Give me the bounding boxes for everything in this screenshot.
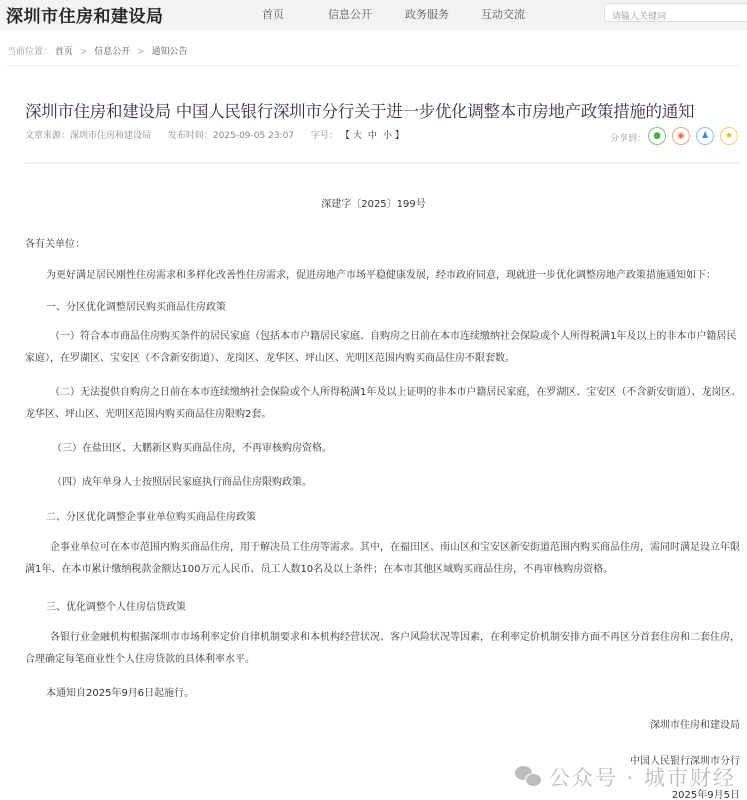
wechat-share-icon[interactable]: ● — [648, 127, 666, 145]
publish-time: 2025-09-05 23:07 — [213, 131, 294, 141]
document-number: 深建字〔2025〕199号 — [0, 195, 747, 210]
title-divider — [25, 162, 740, 164]
salutation: 各有关单位： — [25, 235, 85, 250]
share-label: 分享到： — [610, 131, 646, 144]
watermark-text: 公众号 · 城市财经 — [549, 762, 736, 792]
font-size-large[interactable]: 大 — [353, 131, 362, 141]
font-size-label: 字号： — [311, 131, 338, 141]
section2-body: 企事业单位可在本市范围内购买商品住房，用于解决员工住房等需求。其中，在福田区、南… — [25, 537, 743, 581]
search-box — [604, 3, 747, 22]
section1-item3: （三）在盐田区、大鹏新区购买商品住房，不再审核购房资格。 — [52, 439, 332, 454]
source-value: 深圳市住房和建设局 — [70, 131, 151, 141]
breadcrumb-divider — [7, 65, 740, 66]
section2-heading: 二、分区优化调整企事业单位购买商品住房政策 — [46, 508, 256, 523]
section1-item1: （一）符合本市商品住房购买条件的居民家庭（包括本市户籍居民家庭、自购房之日前在本… — [25, 326, 743, 370]
breadcrumb-home[interactable]: 首页 — [55, 47, 73, 57]
top-bar: 深圳市住房和建设局 首页 信息公开 政务服务 互动交流 — [0, 0, 747, 30]
breadcrumb-label: 当前位置： — [7, 47, 52, 57]
qq-share-icon[interactable]: ♟ — [696, 127, 714, 145]
search-input[interactable] — [605, 9, 747, 26]
section1-heading: 一、分区优化调整居民购买商品住房政策 — [46, 298, 226, 313]
section3-body: 各银行业金融机构根据深圳市市场利率定价自律机制要求和本机构经营状况、客户风险状况… — [25, 627, 743, 671]
nav-gov-services[interactable]: 政务服务 — [405, 6, 449, 22]
breadcrumb-separator: > — [137, 47, 145, 57]
intro-paragraph: 为更好满足居民刚性住房需求和多样化改善性住房需求，促进房地产市场平稳健康发展，经… — [46, 266, 716, 281]
source-info: 文章来源：深圳市住房和建设局 — [25, 131, 151, 141]
font-size-medium[interactable]: 中 — [368, 131, 377, 141]
watermark: 公众号 · 城市财经 — [515, 762, 736, 792]
effective-date: 本通知自2025年9月6日起施行。 — [46, 684, 194, 699]
nav-home[interactable]: 首页 — [262, 6, 284, 22]
breadcrumb-separator: > — [80, 47, 88, 57]
breadcrumb-notices[interactable]: 通知公告 — [152, 47, 188, 57]
font-size-small[interactable]: 小 — [383, 131, 392, 141]
source-label: 文章来源： — [25, 131, 70, 141]
qzone-share-icon[interactable]: ★ — [720, 127, 738, 145]
breadcrumb-info-disclosure[interactable]: 信息公开 — [94, 47, 130, 57]
nav-info-disclosure[interactable]: 信息公开 — [328, 6, 372, 22]
article-title: 深圳市住房和建设局 中国人民银行深圳市分行关于进一步优化调整本市房地产政策措施的… — [25, 98, 694, 122]
publish-info: 发布时间：2025-09-05 23:07 — [168, 131, 294, 141]
signatory-housing-bureau: 深圳市住房和建设局 — [650, 716, 740, 731]
wechat-icon — [515, 766, 543, 788]
nav-interaction[interactable]: 互动交流 — [481, 6, 525, 22]
section1-item4: （四）成年单身人士按照居民家庭执行商品住房限购政策。 — [52, 473, 312, 488]
weibo-share-icon[interactable]: ◉ — [672, 127, 690, 145]
article-meta: 文章来源：深圳市住房和建设局 发布时间：2025-09-05 23:07 字号：… — [25, 128, 418, 141]
publish-label: 发布时间： — [168, 131, 213, 141]
section3-heading: 三、优化调整个人住房信贷政策 — [46, 598, 186, 613]
section1-item2: （二）无法提供自购房之日前在本市连续缴纳社会保险或个人所得税满1年及以上证明的非… — [25, 382, 743, 426]
font-size-control: 字号： 【大中小】 — [311, 131, 404, 141]
breadcrumb: 当前位置： 首页 > 信息公开 > 通知公告 — [7, 44, 188, 57]
